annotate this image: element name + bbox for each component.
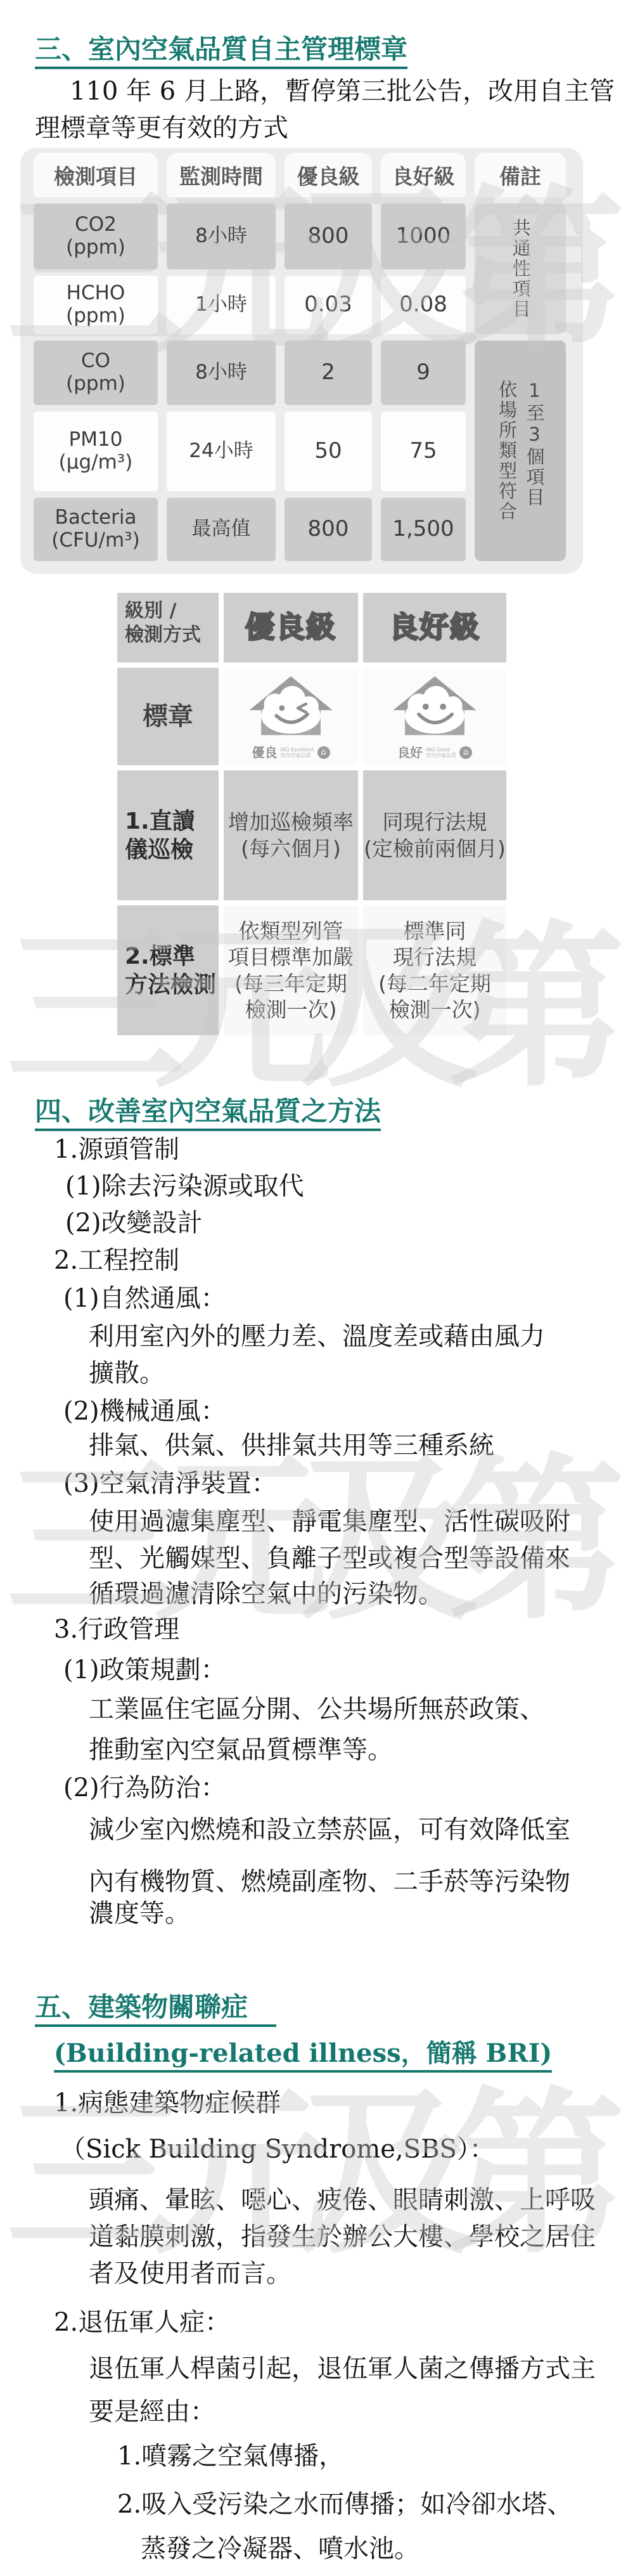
sec5-line: 1.病態建築物症候群	[54, 2089, 281, 2117]
sec4-line: 推動室內空氣品質標準等。	[89, 1736, 393, 1764]
sec4-line: 內有機物質、燃燒副產物、二手菸等污染物	[89, 1868, 570, 1896]
table2-standard-good: 標準同 現行法規 (每二年定期 檢測一次)	[363, 905, 506, 1035]
sec4-line: 3.行政管理	[54, 1615, 179, 1643]
sec4-line: 擴散。	[89, 1359, 165, 1387]
good-badge-icon	[390, 674, 480, 745]
excellent-badge-cell: 優良 IAQ Excellent 室內空氣品質 ⌂	[224, 668, 358, 765]
sec4-line: 2.工程控制	[54, 1246, 179, 1274]
table2-standard-excellent: 依類型列管 項目標準加嚴 (每三年定期 檢測一次)	[224, 905, 358, 1035]
table1-cell-hcho-good: 0.08	[381, 276, 466, 334]
sec5-line: 蒸發之冷凝器、噴水池。	[141, 2535, 419, 2563]
sec5-line: 退伍軍人桿菌引起，退伍軍人菌之傳播方式主	[89, 2355, 596, 2383]
section5-heading-en: (Building-related illness，簡稱 BRI)	[54, 2040, 552, 2073]
sec5-line: 者及使用者而言。	[89, 2260, 291, 2288]
table1-cell-hcho-excellent: 0.03	[285, 276, 372, 334]
table1-note-common: 共通性項目	[475, 204, 566, 334]
sec5-line: 1.噴霧之空氣傳播，	[117, 2442, 344, 2470]
excellent-badge-caption-subtext: IAQ Excellent 室內空氣品質	[280, 748, 314, 759]
sec4-line: (3)空氣清淨裝置：	[63, 1470, 277, 1498]
sec5-line: 道黏膜刺激，指發生於辦公大樓、學校之居住	[89, 2223, 596, 2251]
sec5-line: 頭痛、暈眩、噁心、疲倦、眼睛刺激、上呼吸	[89, 2186, 596, 2214]
table2-badge-row-label: 標章	[117, 668, 219, 765]
table2-header-excellent: 優良級	[224, 593, 358, 663]
table1-cell-bacteria-excellent: 800	[285, 498, 372, 561]
iaq-standards-table: 檢測項目 監測時間 優良級 良好級 備註 CO2 (ppm) 8小時 800 1…	[20, 148, 583, 574]
table1-cell-co2-time: 8小時	[167, 204, 276, 269]
section3-heading: 三、室內空氣品質自主管理標章	[35, 36, 407, 69]
table1-cell-co-good: 9	[381, 340, 466, 405]
table1-cell-co-time: 8小時	[167, 340, 276, 405]
table1-cell-hcho-item: HCHO (ppm)	[34, 276, 158, 334]
label-levels-table: 級別 / 檢測方式 優良級 良好級 標章	[117, 593, 506, 1037]
table2-patrol-good: 同現行法規 (定檢前兩個月)	[363, 770, 506, 900]
table2-patrol-excellent: 增加巡檢頻率 (每六個月)	[224, 770, 358, 900]
section5-heading: 五、建築物關聯症	[35, 1993, 276, 2027]
sec4-line: (1)政策規劃：	[63, 1656, 226, 1684]
table1-cell-co-item: CO (ppm)	[34, 340, 158, 405]
table1-cell-co2-item: CO2 (ppm)	[34, 204, 158, 269]
table1-header-excellent: 優良級	[285, 153, 372, 197]
good-badge-caption: 良好 IAQ Good 室內空氣品質 ⌂	[397, 746, 472, 759]
table2-patrol-label: 1.直讀 儀巡檢	[117, 770, 219, 900]
sec4-line: (1)自然通風：	[63, 1285, 226, 1312]
section3-paragraph-line1: 110 年 6 月上路，暫停第三批公告，改用自主管	[70, 77, 615, 105]
table1-note-common-text: 共通性項目	[506, 218, 534, 320]
table1-cell-co-excellent: 2	[285, 340, 372, 405]
section4-heading: 四、改善室內空氣品質之方法	[35, 1097, 381, 1131]
excellent-level-bubble-text: 優良級	[245, 609, 336, 646]
sec4-line: 排氣、供氣、供排氣共用等三種系統	[89, 1432, 494, 1460]
good-level-bubble-text: 良好級	[389, 609, 480, 646]
epa-emblem-icon: ⌂	[317, 746, 330, 759]
section3-paragraph-line2: 理標章等更有效的方式	[35, 114, 288, 142]
table1-cell-co2-good: 1000	[381, 204, 466, 269]
good-badge-caption-text: 良好	[397, 746, 423, 759]
sec4-line: (2)行為防治：	[63, 1774, 226, 1802]
sec4-line: 1.源頭管制	[54, 1136, 179, 1163]
table1-header-note: 備註	[475, 153, 566, 197]
sec4-line: (1)除去污染源或取代	[65, 1172, 304, 1200]
table1-cell-pm10-time: 24小時	[167, 411, 276, 491]
sec4-line: 型、光觸媒型、負離子型或複合型等設備來	[89, 1544, 570, 1572]
table1-note-by-type-text: 依場所類型符合 1至3個項目	[493, 380, 548, 522]
sec5-line: （Sick Building Syndrome,SBS）：	[60, 2135, 495, 2163]
table1-header-time: 監測時間	[167, 153, 276, 197]
table1-header-good: 良好級	[381, 153, 466, 197]
table2-standard-label: 2.標準 方法檢測	[117, 905, 219, 1035]
table1-cell-bacteria-item: Bacteria (CFU/m³)	[34, 498, 158, 561]
table1-header-item: 檢測項目	[34, 153, 158, 197]
table1-cell-pm10-item: PM10 (μg/m³)	[34, 411, 158, 491]
sec5-line: 要是經由：	[89, 2398, 215, 2426]
sec4-line: 工業區住宅區分開、公共場所無菸政策、	[89, 1695, 545, 1723]
excellent-badge-caption-text: 優良	[252, 746, 277, 759]
sec5-line: 2.退伍軍人症：	[54, 2308, 230, 2336]
sec5-line: 2.吸入受污染之水而傳播；如冷卻水塔、	[117, 2490, 572, 2518]
table2-header-good: 良好級	[363, 593, 506, 663]
table1-cell-bacteria-good: 1,500	[381, 498, 466, 561]
good-badge-cell: 良好 IAQ Good 室內空氣品質 ⌂	[363, 668, 506, 765]
document-page: 三元及第 三元及第 三元及第 三元及第 三、室內空氣品質自主管理標章 110 年…	[0, 0, 621, 2576]
table1-cell-co2-excellent: 800	[285, 204, 372, 269]
sec4-line: (2)改變設計	[65, 1209, 203, 1237]
excellent-badge-icon	[246, 674, 336, 745]
sec4-line: 濃度等。	[89, 1900, 190, 1927]
sec4-line: 循環過濾清除空氣中的污染物。	[89, 1580, 444, 1608]
table1-cell-hcho-time: 1小時	[167, 276, 276, 334]
table1-cell-pm10-good: 75	[381, 411, 466, 491]
sec4-line: (2)機械通風：	[63, 1397, 226, 1425]
sec4-line: 減少室內燃燒和設立禁菸區，可有效降低室	[89, 1816, 570, 1844]
excellent-badge-caption: 優良 IAQ Excellent 室內空氣品質 ⌂	[252, 746, 330, 759]
table1-note-by-type: 依場所類型符合 1至3個項目	[475, 340, 566, 561]
good-badge-caption-subtext: IAQ Good 室內空氣品質	[426, 748, 456, 759]
table1-cell-pm10-excellent: 50	[285, 411, 372, 491]
table2-header-level: 級別 / 檢測方式	[117, 593, 219, 663]
sec4-line: 使用過濾集塵型、靜電集塵型、活性碳吸附	[89, 1508, 570, 1536]
table1-cell-bacteria-time: 最高值	[167, 498, 276, 561]
epa-emblem-icon: ⌂	[459, 746, 472, 759]
sec4-line: 利用室內外的壓力差、溫度差或藉由風力	[89, 1323, 545, 1350]
